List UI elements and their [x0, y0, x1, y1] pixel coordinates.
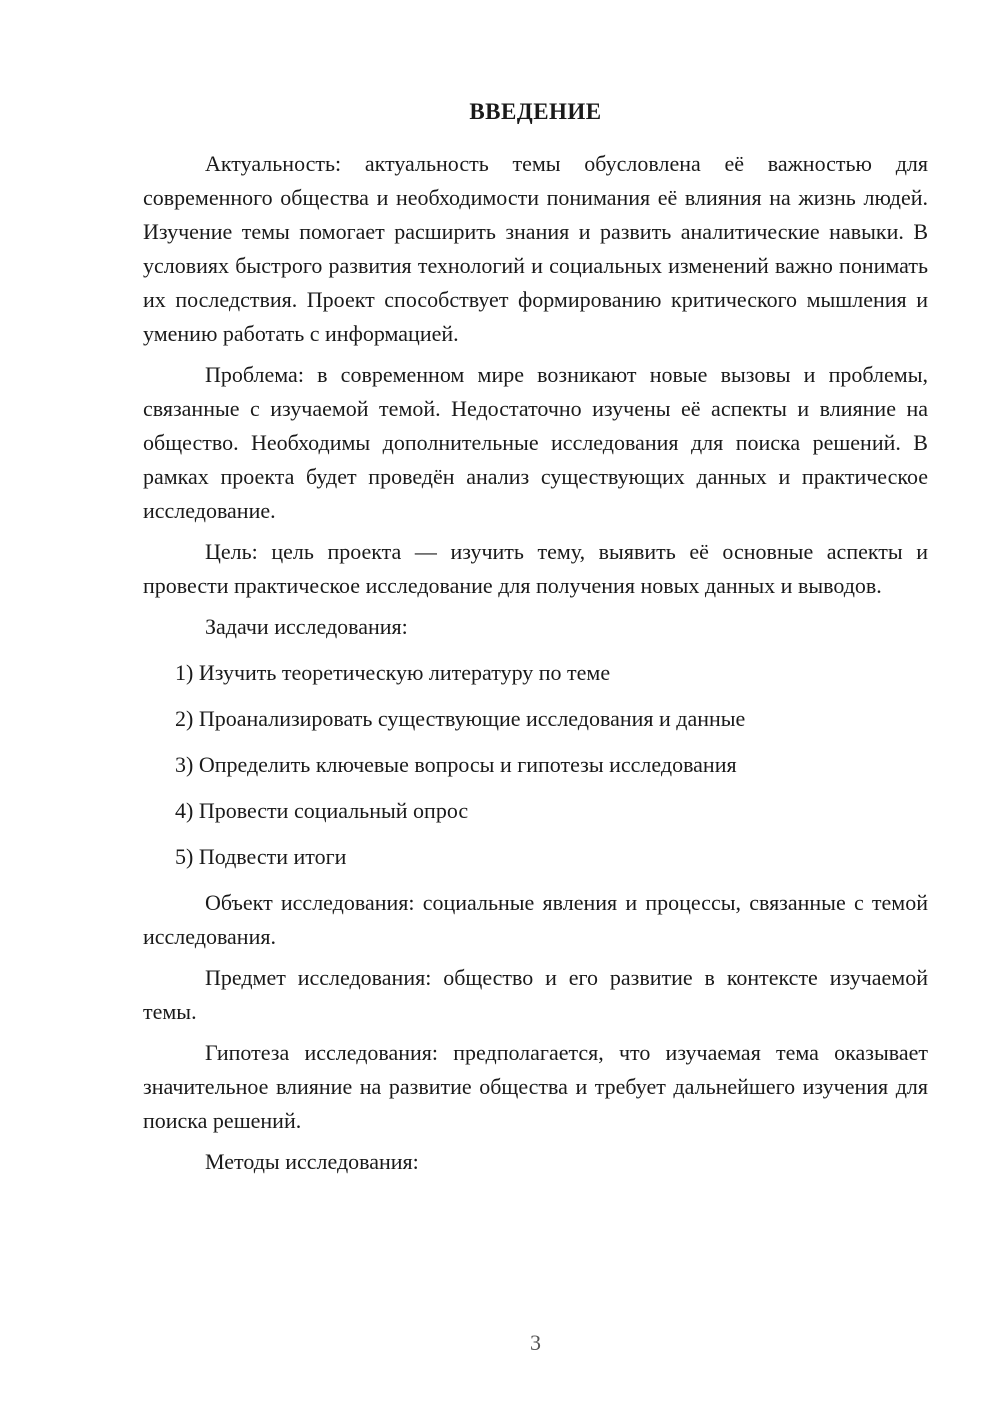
- task-item-4: 4) Провести социальный опрос: [175, 794, 928, 828]
- page-title: ВВЕДЕНИЕ: [143, 95, 928, 129]
- task-item-5: 5) Подвести итоги: [175, 840, 928, 874]
- paragraph-relevance: Актуальность: актуальность темы обусловл…: [143, 147, 928, 351]
- paragraph-object: Объект исследования: социальные явления …: [143, 886, 928, 954]
- methods-heading: Методы исследования:: [143, 1145, 928, 1179]
- document-page: ВВЕДЕНИЕ Актуальность: актуальность темы…: [0, 0, 1000, 1414]
- page-footer: 3: [143, 1328, 928, 1358]
- tasks-heading: Задачи исследования:: [143, 610, 928, 644]
- paragraph-subject: Предмет исследования: общество и его раз…: [143, 961, 928, 1029]
- task-item-1: 1) Изучить теоретическую литературу по т…: [175, 656, 928, 690]
- page-number: 3: [530, 1330, 541, 1355]
- paragraph-problem: Проблема: в современном мире возникают н…: [143, 358, 928, 528]
- task-item-3: 3) Определить ключевые вопросы и гипотез…: [175, 748, 928, 782]
- paragraph-goal: Цель: цель проекта — изучить тему, выяви…: [143, 535, 928, 603]
- tasks-list: 1) Изучить теоретическую литературу по т…: [143, 656, 928, 874]
- paragraph-hypothesis: Гипотеза исследования: предполагается, ч…: [143, 1036, 928, 1138]
- task-item-2: 2) Проанализировать существующие исследо…: [175, 702, 928, 736]
